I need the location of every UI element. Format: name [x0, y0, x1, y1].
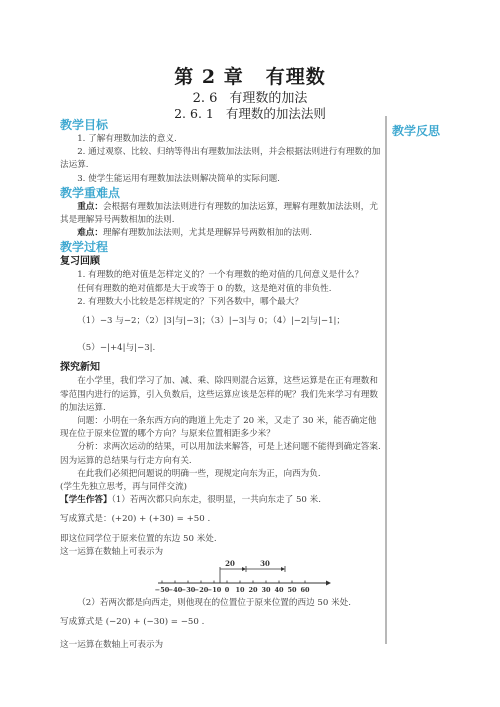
review-items-line-2: （5）−|+4|与|−3|. — [60, 342, 384, 355]
number-line-diagram: −50−40−30−20−100102030405060 20 30 — [60, 559, 384, 593]
tick-label: 10 — [235, 586, 245, 593]
keypoints-heading: 教学重难点 — [60, 186, 384, 201]
number-line-svg: −50−40−30−20−100102030405060 20 30 — [60, 559, 384, 593]
tick-label: 20 — [248, 586, 258, 593]
case-1-numline-caption: 这一运算在数轴上可表示为 — [60, 546, 384, 559]
teaching-reflection-heading: 教学反思 — [392, 122, 440, 139]
segment-label: 20 — [225, 559, 235, 568]
student-answer-case-1: 【学生作答】（1）若两次都只向东走，很明显，一共向东走了 50 米. — [60, 494, 384, 507]
student-answer-case-2: （2）若两次都是向西走，则他现在的位置位于原来位置的西边 50 米处. — [60, 597, 384, 610]
segment-label: 30 — [260, 559, 270, 568]
case-1-formula: 写成算式是：(+20) + (+30) = +50 . — [60, 513, 384, 526]
tick-label: 30 — [261, 586, 271, 593]
answer-label: 【学生作答】 — [60, 495, 112, 505]
difficulty-label: 难点： — [77, 228, 103, 238]
review-question-1: 1. 有理数的绝对值是怎样定义的？一个有理数的绝对值的几何意义是什么？ — [60, 269, 384, 282]
case-2-numline-caption: 这一运算在数轴上可表示为 — [60, 639, 384, 652]
tick-label: 40 — [274, 586, 284, 593]
column-divider — [385, 116, 387, 644]
review-items-line-1: （1）−3 与−2；（2）|3|与|−3|；（3）|−3|与 0；（4）|−2|… — [60, 315, 384, 328]
review-question-2: 2. 有理数大小比较是怎样规定的？下列各数中，哪个最大？ — [60, 296, 384, 309]
tick-label: −10 — [207, 586, 222, 593]
goal-item: 1. 了解有理数加法的意义. — [60, 133, 384, 146]
review-heading: 复习回顾 — [60, 255, 384, 269]
explore-analysis: 分析：求两次运动的结果，可以用加法来解答，可是上述问题不能得到确定答案. 因为运… — [60, 441, 384, 467]
main-column: 教学目标 1. 了解有理数加法的意义. 2. 通过观察、比较、归纳等得出有理数加… — [60, 118, 384, 653]
chapter-title: 第 2 章有理数 — [0, 62, 500, 89]
explore-note: (学生先独立思考，再与同伴交流) — [60, 481, 384, 494]
tick-label: 0 — [225, 586, 230, 593]
explore-heading: 探究新知 — [60, 361, 384, 375]
goals-heading: 教学目标 — [60, 118, 384, 133]
chapter-number: 第 2 章 — [174, 66, 243, 88]
difficulty-text: 理解有理数加法法则，尤其是理解异号两数相加的法则. — [103, 228, 312, 238]
chapter-name: 有理数 — [266, 66, 326, 88]
focus-text: 会根据有理数加法法则进行有理数的加法运算，理解有理数加法法则，尤其是理解异号两数… — [60, 202, 378, 225]
review-answer-1: 任何有理数的绝对值都是大于或等于 0 的数，这是绝对值的非负性. — [60, 283, 384, 296]
tick-label: 50 — [287, 586, 297, 593]
case-1-text: （1）若两次都只向东走，很明显，一共向东走了 50 米. — [112, 495, 321, 505]
tick-label: 60 — [300, 586, 310, 593]
case-2-formula: 写成算式是 (−20) + (−30) = −50 . — [60, 616, 384, 629]
goal-item: 2. 通过观察、比较、归纳等得出有理数加法法则，并会根据法则进行有理数的加法运算… — [60, 146, 384, 172]
focus-label: 重点： — [77, 202, 103, 212]
focus-paragraph: 重点：会根据有理数加法法则进行有理数的加法运算，理解有理数加法法则，尤其是理解异… — [60, 201, 384, 227]
explore-problem: 问题：小明在一条东西方向的跑道上先走了 20 米，又走了 30 米，能否确定他现… — [60, 415, 384, 441]
explore-convention: 在此我们必须把问题说的明确一些，现规定向东为正，向西为负. — [60, 468, 384, 481]
goal-item: 3. 使学生能运用有理数加法法则解决简单的实际问题. — [60, 173, 384, 186]
process-heading: 教学过程 — [60, 240, 384, 255]
case-1-result: 即这位同学位于原来位置的东边 50 米处. — [60, 533, 384, 546]
explore-intro: 在小学里，我们学习了加、减、乘、除四则混合运算，这些运算是在正有理数和零范围内进… — [60, 375, 384, 415]
difficulty-paragraph: 难点：理解有理数加法法则，尤其是理解异号两数相加的法则. — [60, 227, 384, 240]
